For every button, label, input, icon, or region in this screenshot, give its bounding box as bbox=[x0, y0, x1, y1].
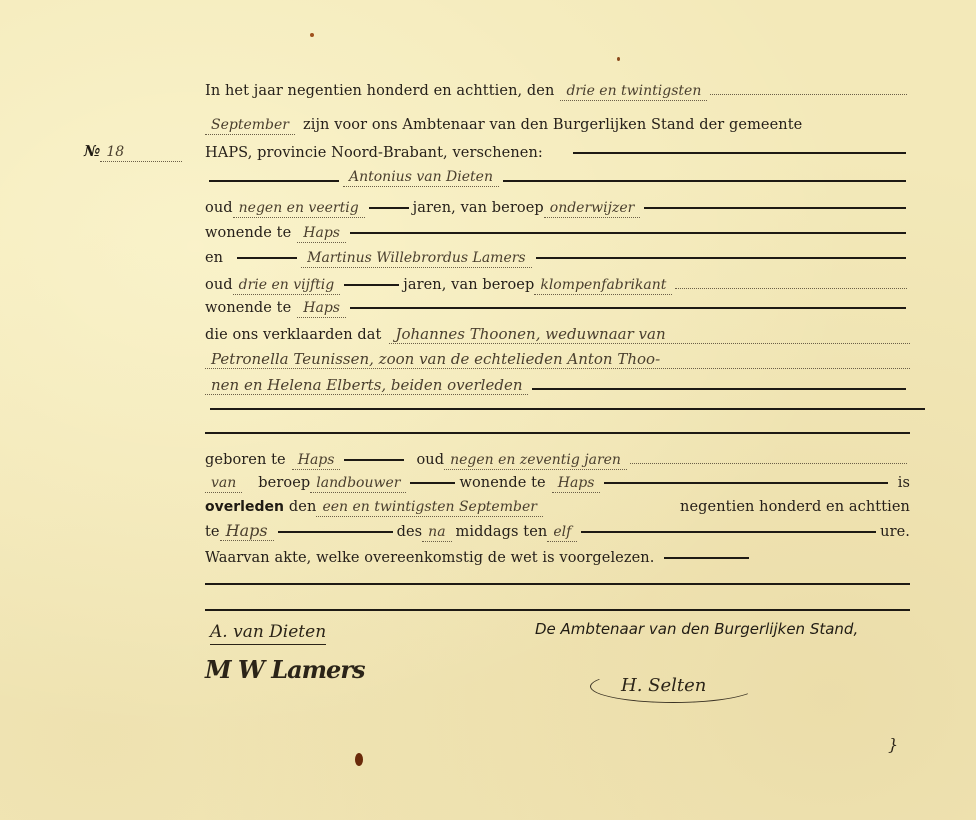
official-title: De Ambtenaar van den Burgerlijken Stand, bbox=[535, 620, 858, 638]
line-residence1: wonende te Haps bbox=[205, 220, 910, 246]
fill-rule bbox=[209, 180, 339, 182]
line-parents: Petronella Teunissen, zoon van de echtel… bbox=[205, 350, 910, 376]
numero-symbol: № bbox=[84, 142, 100, 160]
printed-en: en bbox=[205, 245, 223, 271]
line-age1: oud negen en veertig jaren, van beroep o… bbox=[205, 195, 910, 221]
fill-rule bbox=[604, 482, 887, 484]
hw-birthplace: Haps bbox=[292, 451, 341, 470]
printed-haps: HAPS, provincie Noord-Brabant, verschene… bbox=[205, 140, 543, 166]
line-profession: van beroep landbouwer wonende te Haps is bbox=[205, 470, 910, 496]
ink-stain bbox=[355, 753, 363, 766]
printed-intro: In het jaar negentien honderd en achttie… bbox=[205, 78, 554, 104]
printed-ambtenaar: zijn voor ons Ambtenaar van den Burgerli… bbox=[303, 112, 802, 138]
printed-oud: oud bbox=[205, 195, 233, 221]
line-death-place: te Haps des na middags ten elf ure. bbox=[205, 519, 910, 545]
fill-rule bbox=[369, 207, 409, 209]
printed-wonende: wonende te bbox=[205, 220, 291, 246]
fill-rule bbox=[536, 257, 906, 259]
printed-jaren-beroep: jaren, van beroep bbox=[413, 195, 544, 221]
hw-age1: negen en veertig bbox=[233, 199, 365, 218]
document-page: № 18 In het jaar negentien honderd en ac… bbox=[0, 0, 976, 820]
line-death-date: overleden den een en twintigsten Septemb… bbox=[205, 494, 910, 520]
printed-is: is bbox=[898, 470, 910, 496]
line-closing: Waarvan akte, welke overeenkomstig de we… bbox=[205, 545, 910, 571]
printed-year: negentien honderd en achttien bbox=[680, 494, 910, 520]
fill-rule-long bbox=[205, 432, 910, 434]
fill-rule bbox=[532, 388, 906, 390]
line-gemeente: HAPS, provincie Noord-Brabant, verschene… bbox=[205, 140, 910, 166]
hw-profession2: klompenfabrikant bbox=[534, 276, 672, 295]
hw-witness2: Martinus Willebrordus Lamers bbox=[301, 249, 531, 268]
hw-age2: drie en vijftig bbox=[233, 276, 341, 295]
fill-rule bbox=[573, 152, 906, 154]
fill-rule bbox=[350, 232, 906, 234]
printed-middags: middags ten bbox=[456, 519, 548, 545]
hw-death-date: een en twintigsten September bbox=[316, 498, 542, 517]
line-year: In het jaar negentien honderd en achttie… bbox=[205, 78, 910, 104]
dotted-fill bbox=[675, 272, 907, 289]
line-residence2: wonende te Haps bbox=[205, 295, 910, 321]
paper-spot bbox=[310, 33, 314, 37]
line-witness2: en Martinus Willebrordus Lamers bbox=[205, 245, 910, 271]
hw-hour: elf bbox=[547, 523, 577, 542]
hw-van: van bbox=[205, 474, 242, 493]
printed-wonende: wonende te bbox=[205, 295, 291, 321]
fill-rule bbox=[410, 482, 455, 484]
hw-parents-cont: nen en Helena Elberts, beiden overleden bbox=[205, 376, 528, 395]
printed-des: des bbox=[397, 519, 423, 545]
fill-rule bbox=[503, 180, 906, 182]
fill-rule bbox=[644, 207, 906, 209]
hw-death-place: Haps bbox=[220, 522, 274, 541]
printed-den: den bbox=[289, 494, 317, 520]
line-parents-cont: nen en Helena Elberts, beiden overleden bbox=[205, 376, 910, 402]
fill-rule-long bbox=[210, 408, 925, 410]
signature-witness1: A. van Dieten bbox=[210, 622, 326, 645]
record-number-value: 18 bbox=[100, 143, 182, 162]
printed-wonende: wonende te bbox=[459, 470, 545, 496]
fill-rule bbox=[581, 531, 876, 533]
signature-official: H. Selten bbox=[590, 670, 757, 703]
printed-verklaarden: die ons verklaarden dat bbox=[205, 322, 381, 348]
printed-beroep: beroep bbox=[258, 470, 310, 496]
paper-spot bbox=[617, 57, 620, 61]
printed-waarvan: Waarvan akte, welke overeenkomstig de we… bbox=[205, 545, 654, 571]
hw-spouse-parents: Petronella Teunissen, zoon van de echtel… bbox=[205, 350, 910, 369]
hw-residence: Haps bbox=[552, 474, 601, 493]
fill-rule bbox=[344, 459, 404, 461]
printed-ure: ure. bbox=[880, 519, 910, 545]
margin-mark: } bbox=[888, 735, 898, 754]
fill-rule bbox=[278, 531, 393, 533]
printed-overleden: overleden bbox=[205, 494, 284, 520]
hw-profession: landbouwer bbox=[310, 474, 406, 493]
hw-month: September bbox=[205, 116, 295, 135]
fill-rule-long bbox=[205, 583, 910, 585]
fill-rule bbox=[350, 307, 906, 309]
hw-profession1: onderwijzer bbox=[544, 199, 641, 218]
line-witness1: Antonius van Dieten bbox=[205, 168, 910, 194]
fill-rule bbox=[237, 257, 297, 259]
fill-rule-long bbox=[205, 609, 910, 611]
record-number: № 18 bbox=[84, 142, 182, 162]
printed-te: te bbox=[205, 519, 220, 545]
line-declared: die ons verklaarden dat Johannes Thoonen… bbox=[205, 322, 910, 348]
hw-place2: Haps bbox=[297, 299, 346, 318]
dotted-fill bbox=[630, 447, 907, 464]
hw-deceased-name: Johannes Thoonen, weduwnaar van bbox=[389, 325, 910, 344]
hw-place1: Haps bbox=[297, 224, 346, 243]
hw-na: na bbox=[422, 523, 451, 542]
hw-day: drie en twintigsten bbox=[560, 82, 707, 101]
hw-witness1: Antonius van Dieten bbox=[343, 168, 499, 187]
fill-rule bbox=[344, 284, 399, 286]
hw-age: negen en zeventig jaren bbox=[444, 451, 627, 470]
signature-witness2: M W Lamers bbox=[205, 655, 364, 684]
line-month: September zijn voor ons Ambtenaar van de… bbox=[205, 112, 910, 138]
fill-rule bbox=[664, 557, 749, 559]
dotted-fill bbox=[710, 78, 907, 95]
